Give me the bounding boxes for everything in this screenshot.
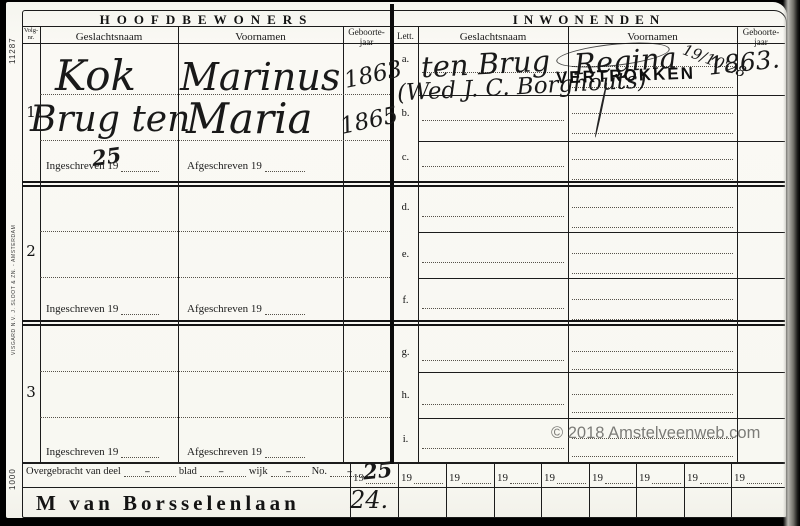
dotted-rule <box>572 179 733 180</box>
dotted-rule <box>40 231 390 232</box>
year-prefix: 19 <box>592 472 603 484</box>
dotted-rule <box>422 262 564 263</box>
handwritten-house-number: 24. <box>350 488 388 512</box>
handwritten-voornamen: Maria <box>186 98 313 140</box>
dotted-rule <box>572 412 733 413</box>
blad-label: blad <box>179 466 197 477</box>
year-cell: 19 <box>636 468 684 484</box>
afgeschreven-label: Afgeschreven 19 <box>187 160 308 172</box>
scanned-register-page: 11287 VISGARD N.V. J. SLOOT & ZN. - AMST… <box>0 0 800 526</box>
blank-line: – <box>200 465 246 477</box>
year-prefix: 19 <box>687 472 698 484</box>
dotted-rule <box>572 351 733 352</box>
handwritten-geslachtsnaam: Kok <box>55 55 136 97</box>
block-separator <box>22 320 785 326</box>
label-text: Ingeschreven 19 <box>46 303 118 315</box>
handwritten-ingeschreven-year: 25 <box>91 144 123 169</box>
column-rule <box>737 26 738 464</box>
year-prefix: 19 <box>497 472 508 484</box>
row-letter: h. <box>396 390 415 401</box>
column-header-voornamen: Voornamen <box>178 31 343 44</box>
ingeschreven-label: Ingeschreven 19 <box>46 303 162 315</box>
blank-line <box>414 473 443 484</box>
pen-tick: – <box>145 465 151 478</box>
dotted-rule <box>572 319 733 320</box>
blank-line <box>265 446 305 458</box>
row-rule <box>418 372 785 373</box>
column-header-geslachtsnaam: Geslachtsnaam <box>418 31 568 44</box>
dotted-rule <box>572 113 733 114</box>
row-rule <box>418 141 785 142</box>
row-rule <box>418 418 785 419</box>
serial-number-bottom: 1000 <box>8 460 17 490</box>
row-letter: d. <box>396 202 415 213</box>
blank-line <box>121 160 159 172</box>
handwritten-transfer-year: 25 <box>362 459 393 483</box>
blank-line <box>121 303 159 315</box>
afgeschreven-label: Afgeschreven 19 <box>187 303 308 315</box>
blank-line <box>462 473 491 484</box>
year-prefix: 19 <box>639 472 650 484</box>
row-letter: i. <box>396 434 415 445</box>
rule <box>22 487 785 488</box>
watermark: © 2018 Amstelveenweb.com <box>551 424 760 443</box>
dotted-rule <box>572 273 733 274</box>
dotted-rule <box>572 253 733 254</box>
label-text: Ingeschreven 19 <box>46 446 118 458</box>
wijk-label: wijk <box>249 466 268 477</box>
column-rule <box>40 26 41 464</box>
handwritten-geboortejaar: 1863. <box>707 46 781 78</box>
label-text: Afgeschreven 19 <box>187 160 262 172</box>
blank-line <box>747 473 782 484</box>
column-header-volgnr: Volg-nr. <box>22 27 40 42</box>
label-text: Afgeschreven 19 <box>187 446 262 458</box>
scan-border-top <box>0 0 800 2</box>
year-cell: 19 <box>541 468 589 484</box>
blank-line <box>652 473 681 484</box>
column-header-lett: Lett. <box>393 31 418 41</box>
blank-line <box>265 303 305 315</box>
dotted-rule <box>422 360 564 361</box>
blank-line <box>700 473 728 484</box>
year-cell: 19 <box>731 468 785 484</box>
block-number: 3 <box>24 383 38 401</box>
scan-shadow-right <box>783 0 800 526</box>
scan-border-left <box>0 0 6 526</box>
dotted-rule <box>572 394 733 395</box>
ingeschreven-label: Ingeschreven 19 <box>46 446 162 458</box>
dotted-rule <box>40 417 390 418</box>
handwritten-geslachtsnaam: Brug ten <box>30 102 190 138</box>
street-name: M van Borsselenlaan <box>36 491 300 516</box>
dotted-rule <box>572 299 733 300</box>
column-rule <box>343 26 344 464</box>
dotted-rule <box>572 159 733 160</box>
row-letter: e. <box>396 249 415 260</box>
year-cell: 19 <box>446 468 494 484</box>
row-rule <box>418 232 785 233</box>
row-letter: f. <box>396 295 415 306</box>
row-rule <box>418 278 785 279</box>
dotted-rule <box>422 448 564 449</box>
blank-line: – <box>124 465 176 477</box>
column-header-geboortejaar: Geboorte-jaar <box>343 27 390 48</box>
scan-border-bottom <box>0 518 800 526</box>
handwritten-voornamen: Marinus <box>180 58 340 96</box>
dotted-rule <box>572 227 733 228</box>
overgebracht-row: Overgebracht van deel – blad – wijk – No… <box>26 465 375 477</box>
row-letter: c. <box>396 152 415 163</box>
dotted-rule <box>422 308 564 309</box>
year-prefix: 19 <box>449 472 460 484</box>
year-cell: 19 <box>494 468 541 484</box>
dotted-rule <box>40 277 390 278</box>
blank-line <box>121 446 159 458</box>
paper: 11287 VISGARD N.V. J. SLOOT & ZN. - AMST… <box>6 2 787 518</box>
pen-tick: – <box>286 465 292 478</box>
year-prefix: 19 <box>544 472 555 484</box>
dotted-rule <box>572 207 733 208</box>
row-letter: b. <box>396 108 415 119</box>
dotted-rule <box>422 404 564 405</box>
label-text: Afgeschreven 19 <box>187 303 262 315</box>
column-header-geslachtsnaam: Geslachtsnaam <box>40 31 178 44</box>
dotted-rule <box>572 456 733 457</box>
blank-line <box>605 473 633 484</box>
year-cell: 19 <box>684 468 731 484</box>
dotted-rule <box>422 166 564 167</box>
blank-line <box>557 473 586 484</box>
no-label: No. <box>312 466 327 477</box>
year-cell: 19 <box>398 468 446 484</box>
dotted-rule <box>422 216 564 217</box>
rule <box>22 26 785 27</box>
year-cell: 19 <box>589 468 636 484</box>
row-letter: g. <box>396 347 415 358</box>
column-rule <box>178 26 179 464</box>
rule <box>22 462 785 464</box>
blank-line: – <box>271 465 309 477</box>
serial-number-top: 11287 <box>8 24 17 64</box>
block-number: 2 <box>24 242 38 260</box>
dotted-rule <box>422 120 564 121</box>
year-prefix: 19 <box>734 472 745 484</box>
printer-imprint: VISGARD N.V. J. SLOOT & ZN. - AMSTERDAM <box>11 190 17 355</box>
afgeschreven-label: Afgeschreven 19 <box>187 446 308 458</box>
overgebracht-label: Overgebracht van deel <box>26 466 121 477</box>
dotted-rule <box>40 371 390 372</box>
pen-tick: – <box>218 465 224 478</box>
block-separator <box>22 181 785 187</box>
blank-line <box>265 160 305 172</box>
blank-line <box>510 473 538 484</box>
year-prefix: 19 <box>401 472 412 484</box>
dotted-rule <box>572 369 733 370</box>
